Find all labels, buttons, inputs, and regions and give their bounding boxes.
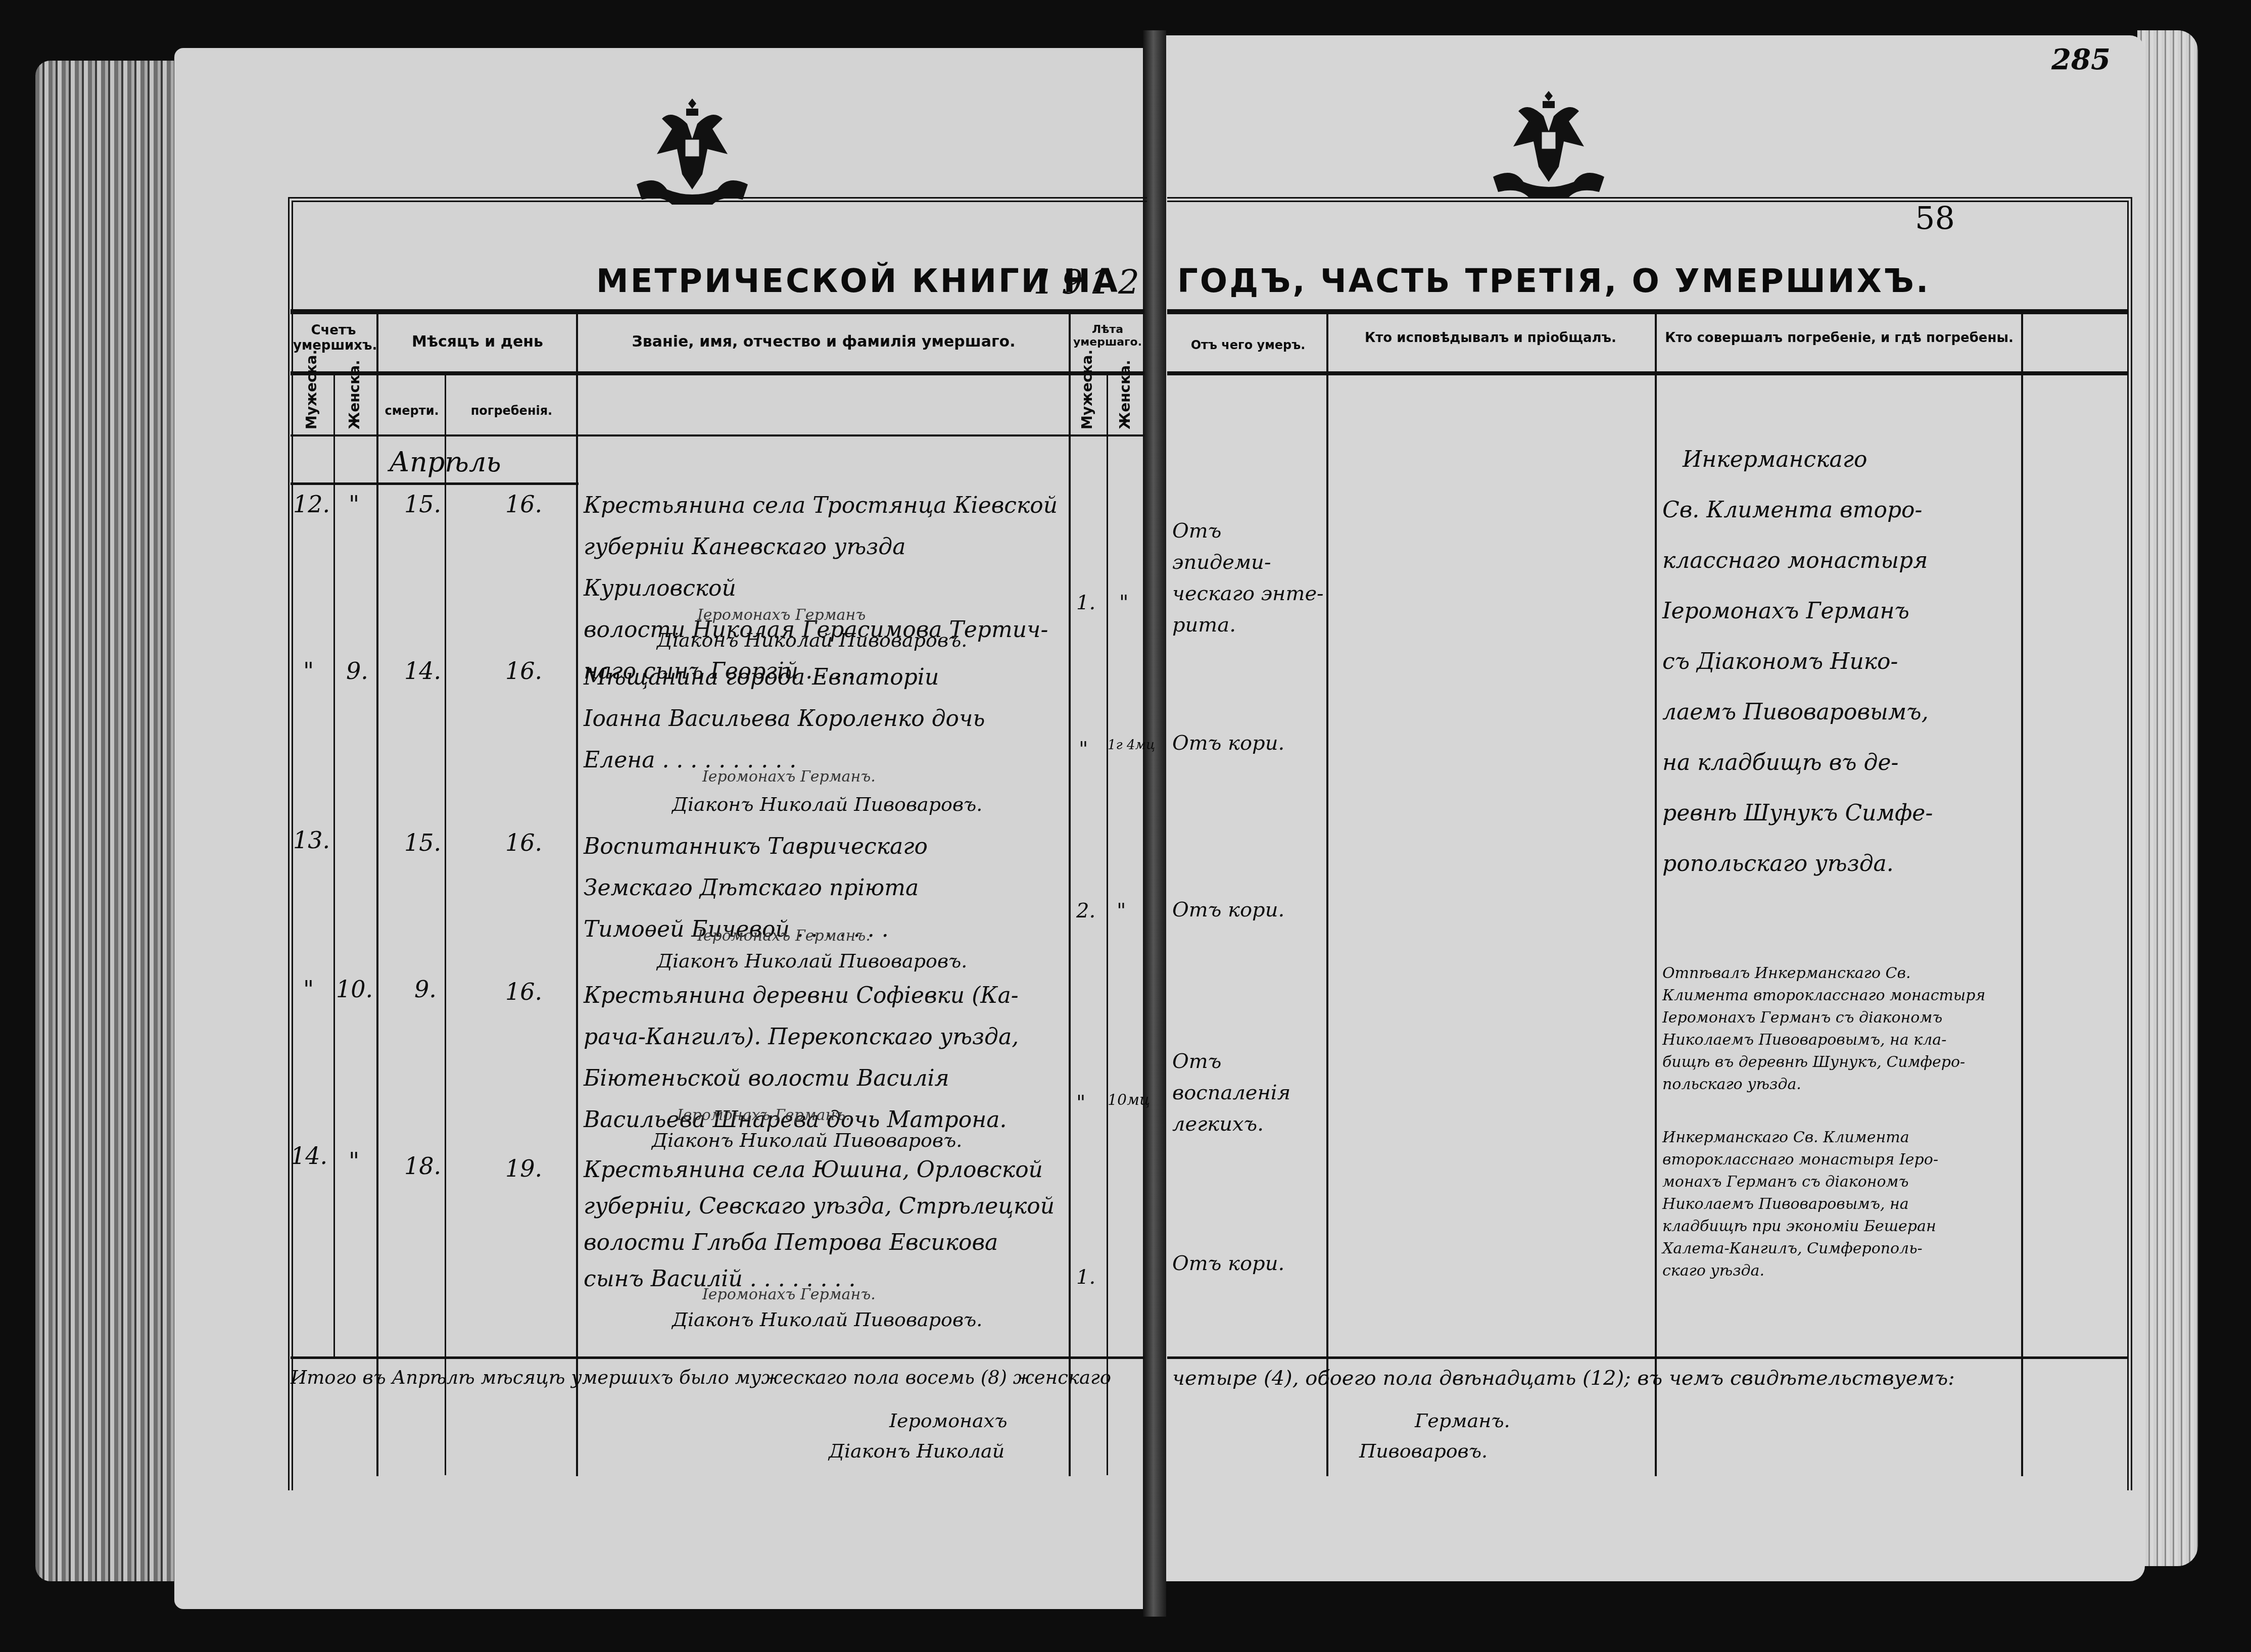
monthly-summary-left: Итого въ Апрѣлѣ мѣсяцѣ умершихъ было муж…	[291, 1367, 1111, 1388]
male-number: 12.	[293, 493, 330, 516]
burial-details: Отпѣвалъ Инкерманскаго Св. Климента втор…	[1662, 962, 2026, 1096]
cause-of-death: Отъ кори.	[1172, 1248, 1324, 1279]
text-line: Николаемъ Пивоваровымъ, на кла-	[1662, 1029, 2026, 1051]
text-line: Отъ эпидеми-	[1172, 515, 1324, 578]
text-line: ропольскаго уѣзда.	[1662, 839, 2026, 889]
folio-number: 285	[2051, 43, 2111, 76]
signature-deacon: Діаконъ Николай Пивоваровъ.	[672, 793, 982, 815]
male-number: 13.	[293, 829, 330, 852]
age-female: "	[1119, 591, 1128, 614]
signature-deacon: Діаконъ Николай Пивоваровъ.	[657, 629, 967, 651]
text-line: Мѣщанина города Евпаторіи	[584, 657, 1064, 698]
age-female: "	[1117, 899, 1126, 922]
burial-day: 16.	[505, 493, 542, 516]
header-top-rule-right	[1167, 309, 2127, 314]
burial-details: Инкерманскаго Св. Климента второкласснаг…	[1662, 1127, 2026, 1282]
burial-day: 16.	[505, 659, 542, 683]
header-name: Званіе, имя, отчество и фамилія умершаго…	[581, 333, 1066, 351]
imperial-eagle-emblem-right	[1483, 81, 1614, 197]
text-line: Инкерманскаго Св. Климента	[1662, 1127, 2026, 1149]
text-line: лаемъ Пивоваровымъ,	[1662, 687, 2026, 738]
text-line: второкласснаго монастыря Іеро-	[1662, 1149, 2026, 1171]
male-number: "	[303, 978, 314, 1001]
cause-of-death: Отъ кори.	[1172, 727, 1324, 759]
age-female: 1г 4мц	[1108, 738, 1155, 753]
death-day: 15.	[404, 493, 441, 516]
text-line: Климента второкласснаго монастыря	[1662, 985, 2026, 1007]
signature-hieromonk: Іеромонахъ Германъ	[697, 606, 866, 624]
text-line: Отъ воспаленія	[1172, 1046, 1324, 1108]
register-title-right: ГОДЪ, ЧАСТЬ ТРЕТІЯ, О УМЕРШИХЪ.	[1177, 263, 1930, 300]
text-line: рита.	[1172, 609, 1324, 641]
header-age-male: Мужеска.	[1079, 384, 1095, 429]
age-male: "	[1079, 738, 1088, 761]
header-count-male: Мужеска.	[303, 384, 320, 429]
header-bottom-rule-left	[291, 434, 1144, 436]
summary-signature-deacon: Діаконъ Николай	[829, 1440, 1004, 1462]
text-line: Отпѣвалъ Инкерманскаго Св.	[1662, 962, 2026, 985]
header-top-rule-left	[291, 309, 1144, 314]
signature-deacon: Діаконъ Николай Пивоваровъ.	[657, 950, 967, 972]
summary-signature-hieromonk: Іеромонахъ	[889, 1410, 1008, 1432]
header-death: смерти.	[379, 404, 445, 418]
text-line: на кладбищѣ въ де-	[1662, 738, 2026, 788]
death-day: 18.	[404, 1154, 441, 1178]
text-line: Отъ кори.	[1172, 894, 1324, 926]
text-line: Крестьянина села Юшина, Орловской	[584, 1152, 1064, 1188]
text-line: Крестьянина села Тростянца Кіевской	[584, 485, 1064, 526]
signature-deacon: Діаконъ Николай Пивоваровъ.	[672, 1308, 982, 1331]
double-headed-eagle-icon	[627, 88, 758, 205]
table-bottom-rule-left	[291, 1356, 1144, 1359]
text-line: Отъ кори.	[1172, 1248, 1324, 1279]
death-day: 15.	[404, 831, 441, 854]
header-cause: Отъ чего умеръ.	[1172, 338, 1324, 353]
text-line: Іоанна Васильева Короленко дочь	[584, 698, 1064, 740]
col-divider	[1069, 314, 1071, 1476]
text-line: Іеромонахъ Германъ съ діакономъ	[1662, 1007, 2026, 1029]
header-age-female: Женска.	[1117, 384, 1133, 429]
text-line: монахъ Германъ съ діакономъ	[1662, 1171, 2026, 1193]
death-day: 9.	[414, 978, 437, 1001]
female-number: "	[349, 1149, 359, 1173]
col-divider	[376, 314, 378, 1476]
death-day: 14.	[404, 659, 441, 683]
female-number: 10.	[336, 978, 373, 1001]
text-line: ческаго энте-	[1172, 578, 1324, 609]
age-female: 10мц	[1108, 1091, 1150, 1109]
text-line: Халета-Кангилъ, Симферополь-	[1662, 1238, 2026, 1260]
col-divider	[445, 374, 446, 1475]
text-line: губерніи Каневскаго уѣзда Куриловской	[584, 526, 1064, 609]
text-line: Николаемъ Пивоваровымъ, на	[1662, 1193, 2026, 1216]
deceased-description: Мѣщанина города Евпаторіи Іоанна Василье…	[584, 657, 1064, 781]
cause-of-death: Отъ эпидеми- ческаго энте- рита.	[1172, 515, 1324, 641]
deceased-description: Крестьянина села Юшина, Орловской губерн…	[584, 1152, 1064, 1297]
col-divider	[1326, 314, 1328, 1476]
imperial-eagle-emblem-left	[627, 88, 758, 205]
signature-hieromonk: Іеромонахъ Германъ.	[702, 768, 876, 786]
age-male: 1.	[1076, 591, 1095, 614]
table-bottom-rule-right	[1167, 1356, 2127, 1359]
age-male: 1.	[1076, 1266, 1095, 1289]
col-divider	[576, 314, 578, 1476]
text-line: губерніи, Севскаго уѣзда, Стрѣлецкой	[584, 1188, 1064, 1225]
double-headed-eagle-icon	[1483, 81, 1614, 197]
text-line: бищѣ въ деревнѣ Шунукъ, Симферо-	[1662, 1051, 2026, 1074]
book-page-edges-left	[35, 61, 187, 1581]
col-divider	[1107, 374, 1108, 1475]
burial-day: 19.	[505, 1157, 542, 1180]
female-number: 9.	[346, 659, 368, 683]
text-line: съ Діакономъ Нико-	[1662, 637, 2026, 687]
age-male: "	[1076, 1091, 1085, 1114]
text-line: польскаго уѣзда.	[1662, 1074, 2026, 1096]
signature-hieromonk: Іеромонахъ Германъ.	[697, 927, 871, 945]
header-burial: погребенія.	[447, 404, 576, 418]
signature-hieromonk: Іеромонахъ Германъ.	[702, 1286, 876, 1303]
male-number: 14.	[291, 1144, 327, 1168]
header-count: Счетъ умершихъ.	[293, 323, 374, 354]
header-mid-rule-left	[291, 371, 1144, 375]
header-count-female: Женска.	[346, 384, 363, 429]
monthly-summary-right: четыре (4), обоего пола двѣнадцать (12);…	[1172, 1367, 1955, 1390]
text-line: Крестьянина деревни Софіевки (Ка-	[584, 975, 1064, 1016]
cause-of-death: Отъ воспаленія легкихъ.	[1172, 1046, 1324, 1140]
cause-of-death: Отъ кори.	[1172, 894, 1324, 926]
female-number: "	[349, 493, 359, 516]
text-line: Іеромонахъ Германъ	[1662, 586, 2026, 637]
text-line: класснаго монастыря	[1662, 536, 2026, 586]
register-year: 1912	[1033, 263, 1146, 302]
burial-details: Инкерманскаго Св. Климента второ- классн…	[1662, 434, 2026, 889]
text-line: Воспитанникъ Таврическаго	[584, 826, 1064, 867]
burial-day: 16.	[505, 831, 542, 854]
text-line: волости Глѣба Петрова Евсикова	[584, 1225, 1064, 1261]
header-burial-by: Кто совершалъ погребеніе, и гдѣ погребен…	[1657, 331, 2021, 346]
burial-day: 16.	[505, 980, 542, 1003]
text-line: легкихъ.	[1172, 1108, 1324, 1140]
text-line: скаго уѣзда.	[1662, 1260, 2026, 1282]
age-male: 2.	[1076, 899, 1095, 922]
male-number: "	[303, 659, 314, 683]
header-confessor: Кто исповѣдывалъ и пріобщалъ.	[1329, 331, 1652, 346]
header-month-day: Мѣсяцъ и день	[379, 333, 576, 351]
summary-signature-surname: Пивоваровъ.	[1359, 1440, 1488, 1462]
text-line: ревнѣ Шунукъ Симфе-	[1662, 788, 2026, 839]
text-line: Св. Климента второ-	[1662, 485, 2026, 536]
header-mid-rule-right	[1167, 371, 2127, 375]
signature-hieromonk: Іеромонахъ Германъ.	[677, 1106, 850, 1124]
text-line: кладбищѣ при экономіи Бешеран	[1662, 1216, 2026, 1238]
header-age: Лѣта умершаго.	[1070, 323, 1145, 349]
text-line: рача-Кангилъ). Перекопскаго уѣзда,	[584, 1016, 1064, 1058]
text-line: Біютеньской волости Василія	[584, 1058, 1064, 1099]
text-line: Инкерманскаго	[1662, 434, 2026, 485]
summary-signature-name: Германъ.	[1415, 1410, 1510, 1432]
col-divider	[1655, 314, 1657, 1476]
month-label: Апрѣль	[389, 449, 501, 476]
signature-deacon: Діаконъ Николай Пивоваровъ.	[652, 1129, 962, 1151]
col-divider	[333, 374, 335, 1359]
book-page-edges-right	[2137, 30, 2198, 1566]
text-line: Отъ кори.	[1172, 727, 1324, 759]
text-line: Земскаго Дѣтскаго пріюта	[584, 867, 1064, 909]
